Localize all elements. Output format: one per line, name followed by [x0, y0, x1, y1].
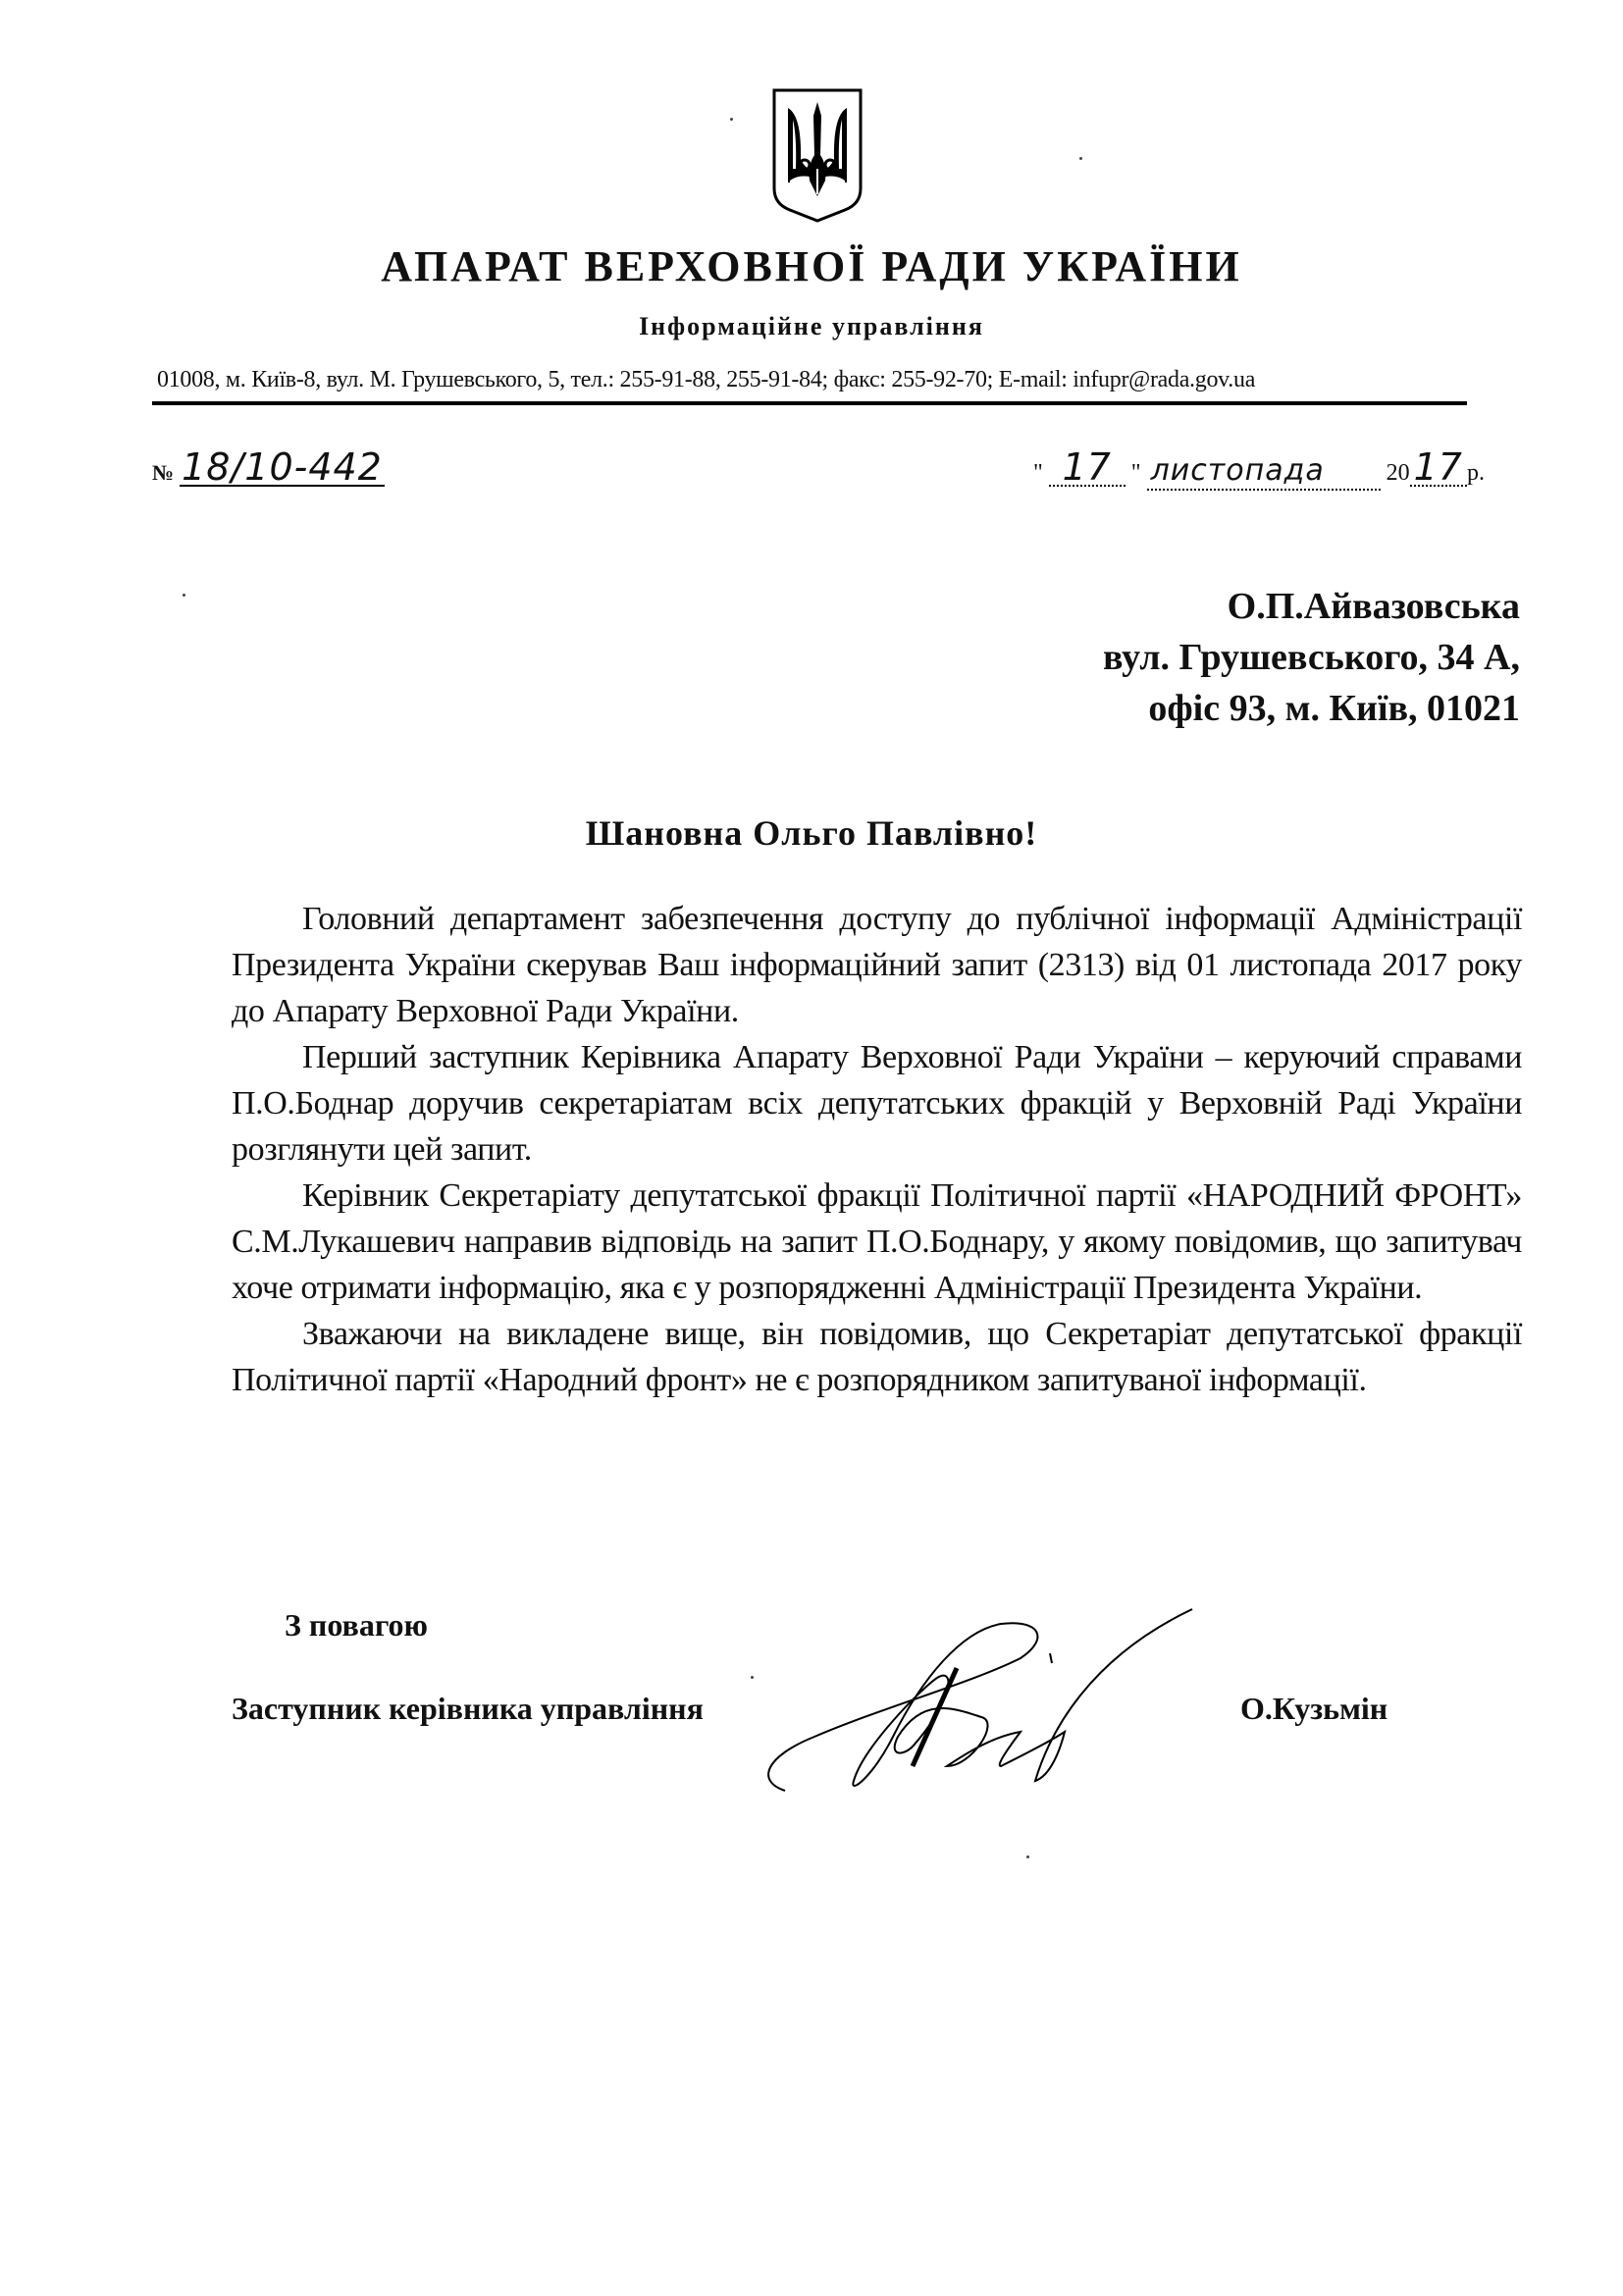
department-subtitle: Інформаційне управління [0, 312, 1623, 341]
date-year-mark: р. [1467, 460, 1485, 486]
ukraine-trident-emblem-icon [768, 86, 866, 224]
scan-speck [1079, 157, 1082, 160]
contact-details: 01008, м. Київ-8, вул. М. Грушевського, … [157, 367, 1482, 393]
addressee-block: О.П.Айвазовська вул. Грушевського, 34 А,… [1103, 581, 1520, 734]
reference-number: № 18/10-442 [152, 449, 385, 487]
scan-speck [751, 1676, 754, 1679]
letter-body: Головний департамент забезпечення доступ… [232, 896, 1522, 1403]
letterhead-divider [152, 401, 1467, 405]
closing-phrase: З повагою [285, 1607, 428, 1644]
date-year-suffix: 17 [1410, 449, 1467, 487]
addressee-address-line-2: офіс 93, м. Київ, 01021 [1103, 683, 1520, 734]
date-day: 17 [1049, 449, 1126, 487]
date-open-quote: " [1033, 460, 1043, 486]
date-month: листопада [1147, 453, 1381, 491]
date-close-quote: " [1131, 460, 1141, 486]
handwritten-signature-icon [756, 1570, 1305, 1825]
addressee-address-line-1: вул. Грушевського, 34 А, [1103, 632, 1520, 683]
date-year-prefix: 20 [1387, 460, 1410, 486]
signer-position: Заступник керівника управління [232, 1691, 704, 1727]
reference-number-value: 18/10-442 [180, 449, 385, 487]
addressee-name: О.П.Айвазовська [1103, 581, 1520, 632]
organization-title: АПАРАТ ВЕРХОВНОЇ РАДИ УКРАЇНИ [0, 241, 1623, 291]
number-label: № [152, 460, 174, 485]
body-paragraph: Керівник Секретаріату депутатської фракц… [232, 1173, 1522, 1311]
body-paragraph: Перший заступник Керівника Апарату Верхо… [232, 1034, 1522, 1173]
letter-date: " 17 " листопада 2017р. [1033, 449, 1485, 491]
salutation: Шановна Ольго Павлівно! [0, 812, 1623, 854]
scan-speck [730, 118, 733, 121]
body-paragraph: Головний департамент забезпечення доступ… [232, 896, 1522, 1034]
scan-speck [1026, 1855, 1029, 1858]
scan-speck [183, 594, 185, 597]
body-paragraph: Зважаючи на викладене вище, він повідоми… [232, 1311, 1522, 1403]
